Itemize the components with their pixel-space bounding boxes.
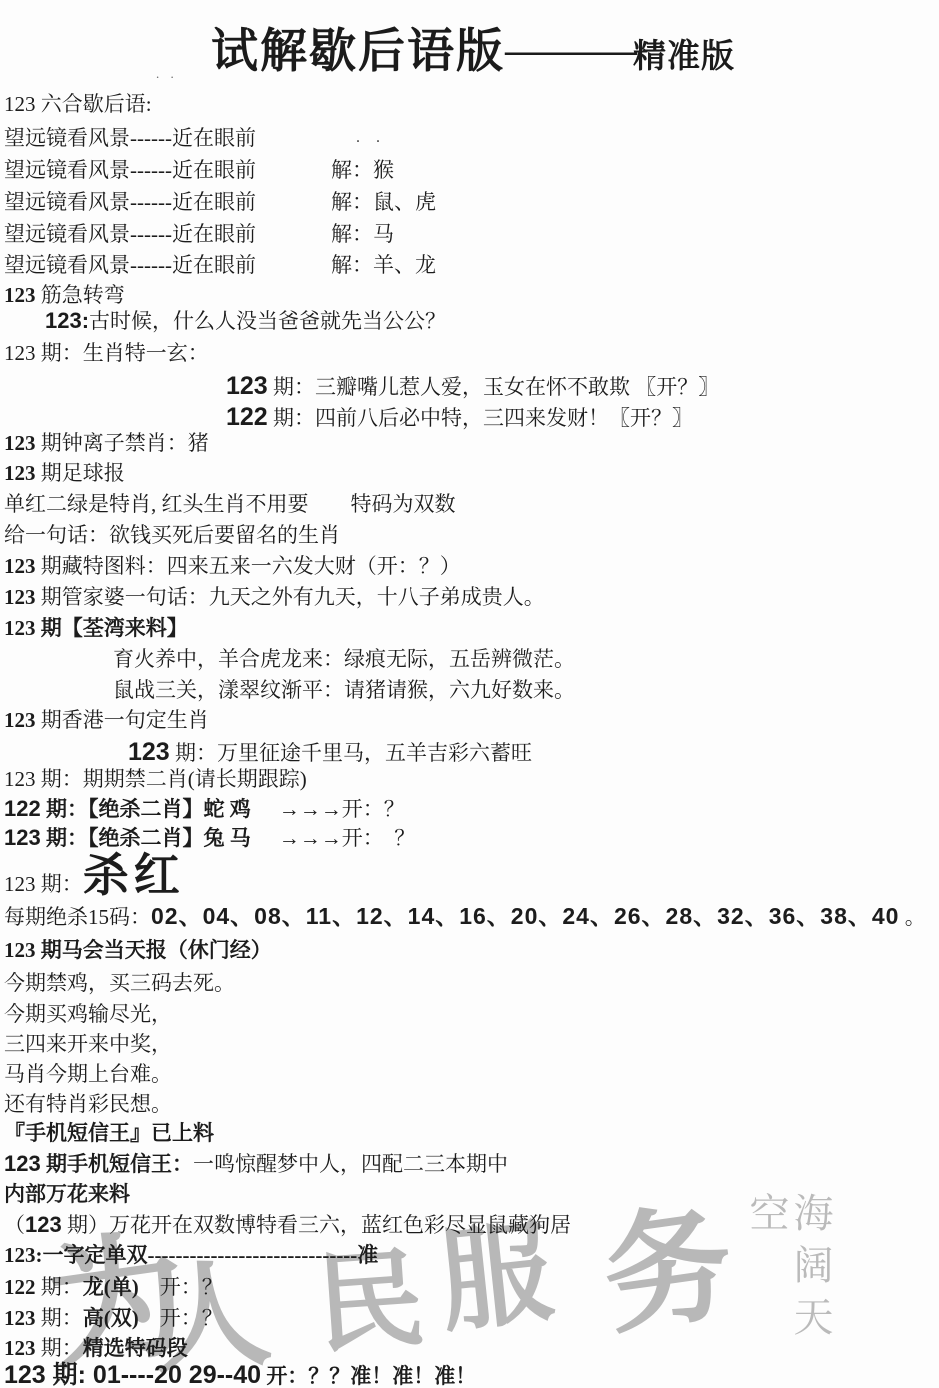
issue-number: 122 <box>4 1275 36 1299</box>
issue-number: 123 期： <box>4 872 83 896</box>
text-part: 期香港一句定生肖 <box>36 708 209 732</box>
text-part: 望远镜看风景------近在眼前 <box>4 158 256 182</box>
text-part: 内部万花来料 <box>4 1182 130 1206</box>
text-line: 123 筋急转弯 <box>4 283 125 308</box>
issue-number: 123 <box>4 283 36 307</box>
text-part: 期藏特图料：四来五来一六发大财（开：？） <box>36 554 461 578</box>
text-part: 龙(单) <box>83 1275 139 1299</box>
issue-number: 123: <box>4 1243 43 1267</box>
text-part: 开：？ <box>139 1306 223 1330</box>
text-part: 今期买鸡输尽光， <box>4 1002 172 1026</box>
title-suffix-text: 精准版 <box>633 39 735 75</box>
text-line: 单红二绿是特肖, 红头生肖不用要 特码为双数 <box>4 492 456 517</box>
text-line: 123 期马会当天报（休门经） <box>4 938 272 963</box>
text-part: 万花开在双数博特看三六，蓝红色彩尽显鼠藏狗居 <box>109 1213 571 1237</box>
issue-number: 123 <box>4 554 36 578</box>
text-line: 望远镜看风景------近在眼前. . <box>4 126 256 151</box>
text-part: 今期禁鸡，买三码去死。 <box>4 971 235 995</box>
issue-number: 123 <box>128 738 170 766</box>
text-line: 123 期：精选特码段 <box>4 1336 188 1361</box>
text-part: 期马会当天报（休门经） <box>36 938 272 962</box>
text-line: 今期买鸡输尽光， <box>4 1002 172 1027</box>
text-line: 望远镜看风景------近在眼前解：猴 <box>4 158 256 183</box>
watermark-side-text: 海阔天空 <box>744 1192 832 1388</box>
kill-red-text: 杀红 <box>83 850 185 901</box>
smudge-mark: . . <box>156 66 178 82</box>
text-part: 单红二绿是特肖, 红头生肖不用要 特码为双数 <box>4 492 456 516</box>
text-line: 123 期：杀红 <box>4 848 185 903</box>
text-part: 期： <box>36 1306 83 1330</box>
text-part: 『手机短信王』已上料 <box>4 1121 214 1145</box>
issue-number: 123 <box>4 431 36 455</box>
text-part: 期：三瓣嘴儿惹人爱，玉女在怀不敢欺 〖开？〗 <box>268 375 720 399</box>
issue-number: 123 <box>4 708 36 732</box>
text-line: 123 期：万里征途千里马，五羊吉彩六蓄旺 <box>128 737 532 767</box>
issue-number: 123 <box>4 616 36 640</box>
page-title: 试解歇后语版————精准版 <box>211 14 735 81</box>
title-main-text: 试解歇后语版 <box>211 26 505 78</box>
text-part: 望远镜看风景------近在眼前 <box>4 222 256 246</box>
text-part: 123 期：生肖特一玄： <box>4 341 209 365</box>
text-part: 精选特码段 <box>83 1336 188 1360</box>
text-line: 望远镜看风景------近在眼前解：羊、龙 <box>4 253 256 278</box>
text-line: 育火养中，羊合虎龙来：绿痕无际，五岳辨微茫。 <box>113 647 575 672</box>
text-line: 马肖今期上台难。 <box>4 1062 172 1087</box>
issue-number: 123 <box>4 825 41 850</box>
issue-number: 123 <box>4 938 36 962</box>
jie-answer: 解：鼠、虎 <box>331 190 436 215</box>
text-part: 望远镜看风景------近在眼前 <box>4 190 256 214</box>
text-line: 内部万花来料 <box>4 1182 130 1207</box>
text-line: 鼠战三关，漾翠纹渐平：请猪请猴，六九好数来。 <box>113 678 575 703</box>
text-line: 122 期：【绝杀二肖】蛇 鸡→→→开：？ <box>4 796 405 822</box>
text-part: 鼠战三关，漾翠纹渐平：请猪请猴，六九好数来。 <box>113 678 575 702</box>
text-line: 123 期【荃湾来料】 <box>4 616 188 641</box>
dots-mark: . . <box>356 128 386 147</box>
text-part: 高(双) <box>83 1306 139 1330</box>
text-line: 今期禁鸡，买三码去死。 <box>4 971 235 996</box>
issue-number: 123 <box>4 461 36 485</box>
text-line: 123 期：高(双) 开：？ <box>4 1306 223 1331</box>
jie-answer: 解：羊、龙 <box>331 253 436 278</box>
issue-number: 122 <box>4 796 41 821</box>
issue-number: 123 <box>4 1306 36 1330</box>
text-line: 122 期：四前八后必中特，三四来发财！〖开？〗 <box>226 402 693 432</box>
text-line: 123 期足球报 <box>4 461 125 486</box>
text-part: 望远镜看风景------近在眼前 <box>4 126 256 150</box>
text-part: 期： <box>36 1275 83 1299</box>
text-part: 期手机短信王： <box>41 1152 193 1176</box>
killed-numbers-list: 02、04、08、11、12、14、16、20、24、26、28、32、36、3… <box>151 903 899 929</box>
text-line: 每期绝杀15码：02、04、08、11、12、14、16、20、24、26、28… <box>4 903 926 931</box>
watermark-char-wu: 务 <box>596 1198 741 1343</box>
arrows-open-result: →→→开： ？ <box>279 826 416 850</box>
text-line: （123 期）万花开在双数博特看三六，蓝红色彩尽显鼠藏狗居 <box>4 1212 571 1238</box>
text-part: 期：【绝杀二肖】兔 马 <box>41 826 251 850</box>
text-part: 。 <box>899 905 925 929</box>
text-part: 期：【绝杀二肖】蛇 鸡 <box>41 797 251 821</box>
text-line: 123 期：生肖特一玄： <box>4 341 209 366</box>
text-line: 『手机短信王』已上料 <box>4 1121 214 1146</box>
jie-answer: 解：猴 <box>331 158 394 183</box>
issue-number: 123: <box>45 308 89 333</box>
text-line: 还有特肖彩民想。 <box>4 1092 172 1117</box>
number-range: 123 期: 01----20 29--40 <box>4 1361 261 1388</box>
issue-number: 123 <box>4 1151 41 1176</box>
text-part: 一鸣惊醒梦中人，四配二三本期中 <box>193 1152 508 1176</box>
issue-number: 122 <box>226 403 268 431</box>
text-part: 三四来开来中奖， <box>4 1032 172 1056</box>
text-line: 123 期香港一句定生肖 <box>4 708 209 733</box>
text-line: 给一句话：欲钱买死后要留名的生肖 <box>4 523 340 548</box>
document-page: 为 人 民 服 务 海阔天空 试解歇后语版————精准版 . . 123 六合歇… <box>0 0 939 1388</box>
issue-number: 123 <box>25 1212 62 1237</box>
text-line: 123 期：期期禁二肖(请长期跟踪) <box>4 767 307 792</box>
text-line: 123:古时候，什么人没当爸爸就先当公公？ <box>45 308 446 334</box>
text-part: 期：四前八后必中特，三四来发财！〖开？〗 <box>268 406 693 430</box>
text-line: 123 期手机短信王：一鸣惊醒梦中人，四配二三本期中 <box>4 1151 508 1177</box>
title-dashes: ———— <box>505 30 633 70</box>
text-part: 望远镜看风景------近在眼前 <box>4 253 256 277</box>
issue-number: 123 <box>226 372 268 400</box>
text-line: 122 期：龙(单) 开：？ <box>4 1275 223 1300</box>
text-line: 望远镜看风景------近在眼前解：鼠、虎 <box>4 190 256 215</box>
text-line: 三四来开来中奖， <box>4 1032 172 1057</box>
text-part: 期【荃湾来料】 <box>36 616 188 640</box>
text-part: 筋急转弯 <box>36 283 125 307</box>
text-part: 期） <box>62 1213 109 1237</box>
text-part: 每期绝杀15码： <box>4 905 151 929</box>
text-part: 123 期：期期禁二肖(请长期跟踪) <box>4 767 307 791</box>
text-line: 望远镜看风景------近在眼前解：马 <box>4 222 256 247</box>
text-line: 123 期藏特图料：四来五来一六发大财（开：？） <box>4 554 461 579</box>
text-line: 123 六合歇后语: <box>4 92 152 117</box>
text-part: 还有特肖彩民想。 <box>4 1092 172 1116</box>
text-line: 123:一字定单双------------------------------准 <box>4 1243 378 1268</box>
text-part: 期管家婆一句话：九天之外有九天，十八子弟成贵人。 <box>36 585 545 609</box>
text-line: 123 期管家婆一句话：九天之外有九天，十八子弟成贵人。 <box>4 585 545 610</box>
text-part: 期钟离子禁肖：猪 <box>36 431 209 455</box>
jie-answer: 解：马 <box>331 222 394 247</box>
text-line: 123 期：三瓣嘴儿惹人爱，玉女在怀不敢欺 〖开？〗 <box>226 371 719 401</box>
text-part: 古时候，什么人没当爸爸就先当公公？ <box>89 309 446 333</box>
arrows-open-result: →→→开：？ <box>279 797 405 821</box>
text-part: 期： <box>36 1336 83 1360</box>
text-part: 期：万里征途千里马，五羊吉彩六蓄旺 <box>170 741 532 765</box>
text-line: 123 期: 01----20 29--40 开：？？准！准！准！ <box>4 1360 476 1388</box>
text-part: 开：？ <box>139 1275 223 1299</box>
text-part: （ <box>4 1213 25 1237</box>
issue-number: 123 <box>4 585 36 609</box>
text-part: 给一句话：欲钱买死后要留名的生肖 <box>4 523 340 547</box>
text-part: 育火养中，羊合虎龙来：绿痕无际，五岳辨微茫。 <box>113 647 575 671</box>
text-part: 马肖今期上台难。 <box>4 1062 172 1086</box>
text-line: 123 期钟离子禁肖：猪 <box>4 431 209 456</box>
text-part: 开：？？准！准！准！ <box>261 1364 476 1388</box>
text-part: 123 六合歇后语: <box>4 92 152 116</box>
text-part: 一字定单双------------------------------准 <box>43 1243 379 1267</box>
text-part: 期足球报 <box>36 461 125 485</box>
issue-number: 123 <box>4 1336 36 1360</box>
